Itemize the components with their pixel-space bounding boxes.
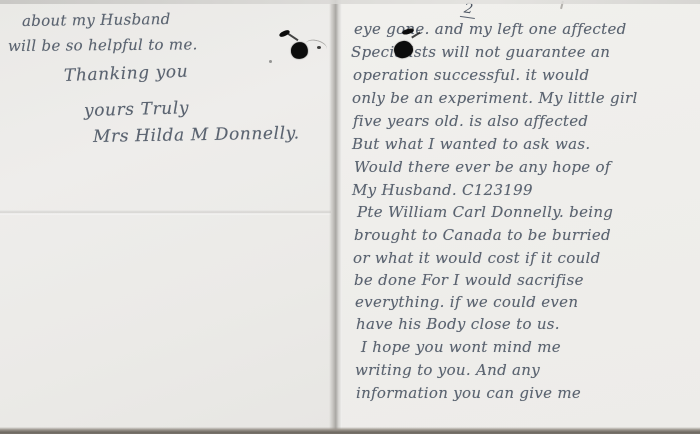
ink-dot <box>317 46 321 49</box>
handwritten-line: brought to Canada to be burried <box>354 226 611 244</box>
handwritten-line: Would there ever be any hope of <box>354 158 611 176</box>
handwritten-line: eye gone. and my left one affected <box>354 20 627 38</box>
handwritten-line: Pte William Carl Donnelly. being <box>357 203 613 221</box>
handwritten-line: I hope you wont mind me <box>361 338 561 356</box>
handwritten-line: information you can give me <box>356 384 581 402</box>
handwritten-line: be done For I would sacrifise <box>354 271 584 289</box>
letter-page-right: 2 eye gone. and my left one affected Spe… <box>341 0 700 434</box>
handwritten-line: Mrs Hilda M Donnelly. <box>93 123 300 147</box>
handwritten-line: will be so helpful to me. <box>8 35 198 55</box>
page-gutter <box>329 0 342 434</box>
handwritten-line: My Husband. C123199 <box>352 181 533 199</box>
handwritten-line: about my Husband <box>22 10 171 30</box>
scan-edge-bottom <box>0 427 700 434</box>
handwritten-line: have his Body close to us. <box>356 315 560 333</box>
handwritten-line: everything. if we could even <box>355 293 578 311</box>
ink-dot <box>269 60 272 63</box>
scan-edge-top <box>0 0 700 4</box>
fold-crease <box>0 210 331 215</box>
ink-blot-streak <box>287 33 298 41</box>
handwritten-line: only be an experiment. My little girl <box>352 89 638 107</box>
handwritten-line: yours Truly <box>84 98 190 121</box>
handwritten-line: Specialists will not guarantee an <box>351 43 610 61</box>
handwritten-line: Thanking you <box>64 62 189 86</box>
letter-scan: about my Husband will be so helpful to m… <box>0 0 700 434</box>
handwritten-line: writing to you. And any <box>355 361 540 379</box>
handwritten-line: or what it would cost if it could <box>353 249 601 267</box>
letter-page-left: about my Husband will be so helpful to m… <box>0 0 331 434</box>
handwritten-line: operation successful. it would <box>353 66 589 84</box>
handwritten-line: But what I wanted to ask was. <box>352 135 590 153</box>
handwritten-line: five years old. is also affected <box>353 112 588 130</box>
